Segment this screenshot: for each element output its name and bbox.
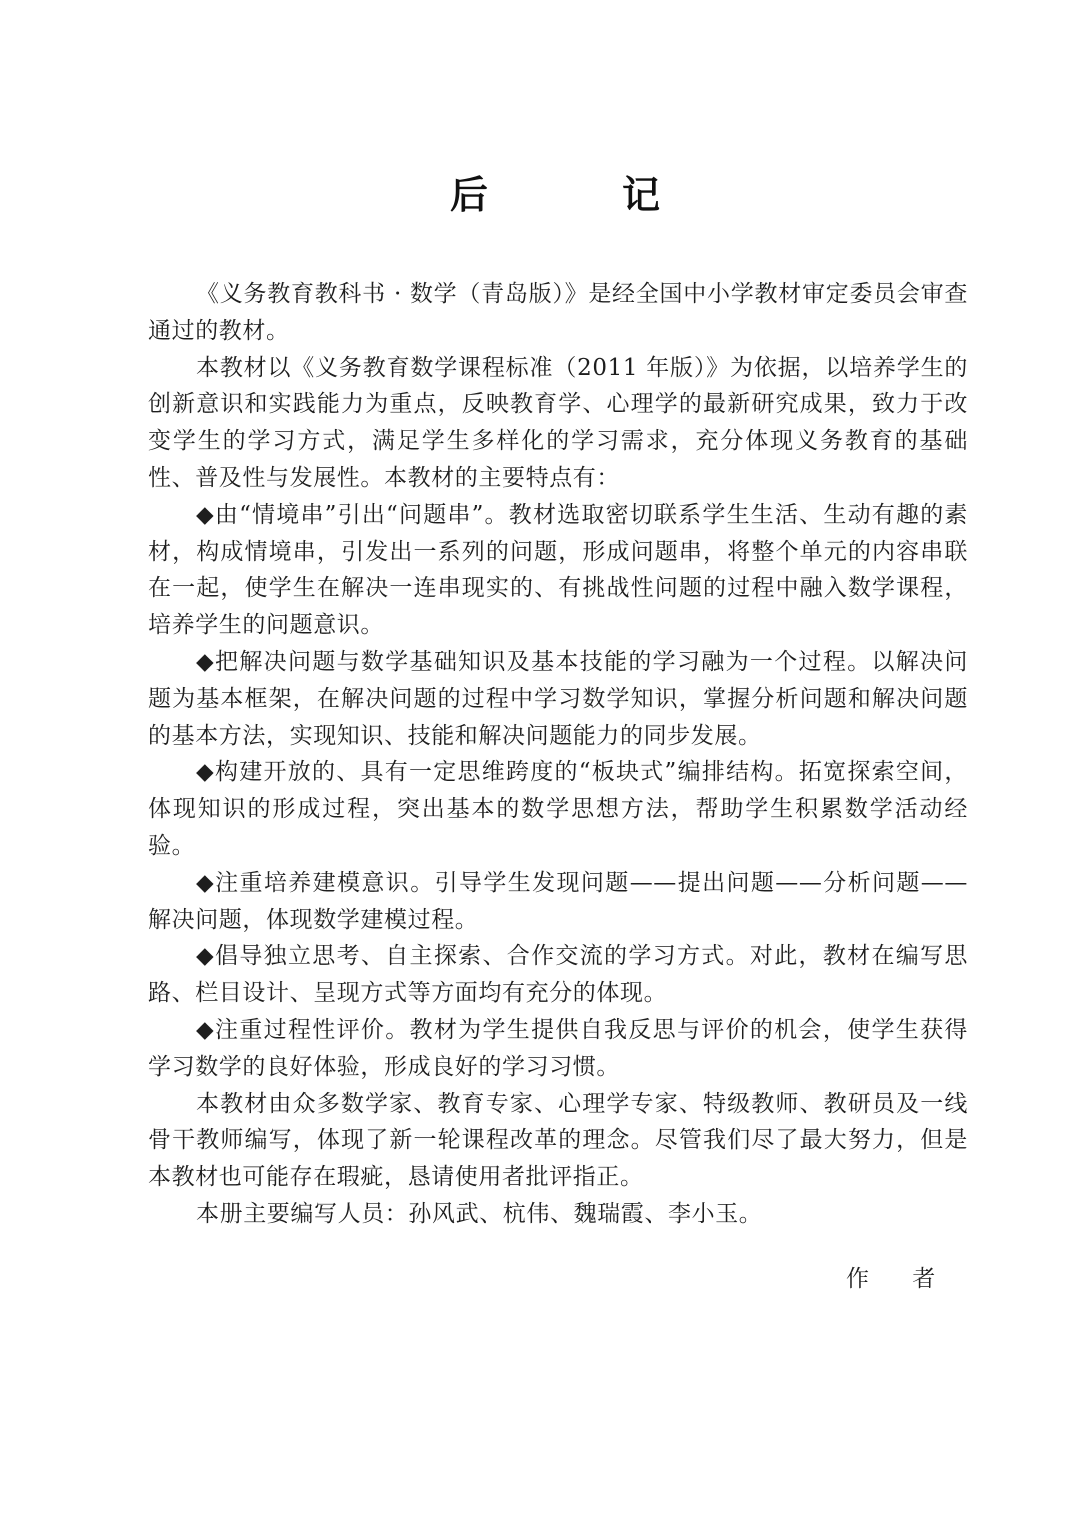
feature-modeling: ◆注重培养建模意识。引导学生发现问题——提出问题——分析问题——解决问题，体现数…: [148, 865, 968, 939]
paragraph-curriculum-basis: 本教材以《义务教育数学课程标准（2011 年版）》为依据，以培养学生的创新意识和…: [148, 350, 968, 497]
feature-process-evaluation: ◆注重过程性评价。教材为学生提供自我反思与评价的机会，使学生获得学习数学的良好体…: [148, 1012, 968, 1086]
paragraph-editors: 本册主要编写人员：孙风武、杭伟、魏瑞霞、李小玉。: [148, 1196, 968, 1233]
feature-independent-thinking: ◆倡导独立思考、自主探索、合作交流的学习方式。对此，教材在编写思路、栏目设计、呈…: [148, 938, 968, 1012]
feature-block-structure: ◆构建开放的、具有一定思维跨度的“板块式”编排结构。拓宽探索空间，体现知识的形成…: [148, 754, 968, 864]
page-title: 后 记: [190, 170, 968, 220]
author-signature: 作 者: [846, 1260, 953, 1293]
paragraph-textbook-approval: 《义务教育教科书 · 数学（青岛版）》是经全国中小学教材审定委员会审查通过的教材…: [148, 276, 968, 350]
paragraph-authorship: 本教材由众多数学家、教育专家、心理学专家、特级教师、教研员及一线骨干教师编写，体…: [148, 1086, 968, 1196]
feature-situation-chain: ◆由“情境串”引出“问题串”。教材选取密切联系学生生活、生动有趣的素材，构成情境…: [148, 497, 968, 644]
afterword-page: 后 记 《义务教育教科书 · 数学（青岛版）》是经全国中小学教材审定委员会审查通…: [148, 170, 968, 1233]
feature-problem-solving: ◆把解决问题与数学基础知识及基本技能的学习融为一个过程。以解决问题为基本框架，在…: [148, 644, 968, 754]
